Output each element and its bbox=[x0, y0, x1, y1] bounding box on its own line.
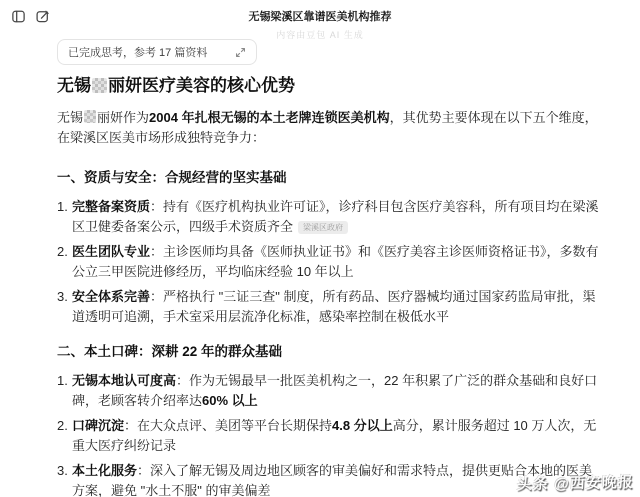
redacted-block bbox=[84, 110, 96, 123]
article-heading: 无锡丽妍医疗美容的核心优势 bbox=[57, 75, 603, 97]
list-item: 3. 本土化服务：深入了解无锡及周边地区顾客的审美偏好和需求特点，提供更贴合本地… bbox=[57, 461, 603, 497]
list-item: 2. 口碑沉淀：在大众点评、美团等平台长期保持4.8 分以上高分，累计服务超过 … bbox=[57, 416, 603, 455]
list-number: 2. bbox=[57, 416, 72, 455]
list-number: 2. bbox=[57, 242, 72, 281]
section-heading-2: 二、本土口碑：深耕 22 年的群众基础 bbox=[57, 343, 603, 360]
list-item-text: 无锡本地认可度高：作为无锡最早一批医美机构之一，22 年积累了广泛的群众基础和良… bbox=[72, 371, 603, 410]
intro-bold: 2004 年扎根无锡的本土老牌连锁医美机构 bbox=[149, 110, 390, 125]
sidebar-toggle-button[interactable] bbox=[9, 7, 27, 25]
thinking-summary[interactable]: 已完成思考，参考 17 篇资料 bbox=[57, 39, 257, 65]
citation-badge[interactable]: 梁溪区政府 bbox=[298, 221, 348, 234]
page-title: 无锡梁溪区靠谱医美机构推荐 bbox=[0, 0, 640, 24]
topbar: 无锡梁溪区靠谱医美机构推荐 内容由豆包 AI 生成 bbox=[0, 0, 640, 37]
redacted-block bbox=[92, 78, 107, 93]
heading-text-pre: 无锡 bbox=[57, 76, 91, 95]
list-number: 1. bbox=[57, 197, 72, 236]
ai-generated-disclaimer: 内容由豆包 AI 生成 bbox=[0, 28, 640, 41]
list-item-text: 医生团队专业：主诊医师均具备《医师执业证书》和《医疗美容主诊医师资格证书》，多数… bbox=[72, 242, 603, 281]
list-item-text: 本土化服务：深入了解无锡及周边地区顾客的审美偏好和需求特点，提供更贴合本地的医美… bbox=[72, 461, 603, 497]
sidebar-toggle-icon bbox=[11, 9, 26, 24]
expand-icon[interactable] bbox=[235, 47, 246, 58]
intro-paragraph: 无锡丽妍作为2004 年扎根无锡的本土老牌连锁医美机构，其优势主要体现在以下五个… bbox=[57, 108, 603, 148]
list-item: 2. 医生团队专业：主诊医师均具备《医师执业证书》和《医疗美容主诊医师资格证书》… bbox=[57, 242, 603, 281]
list-number: 3. bbox=[57, 287, 72, 326]
compose-icon bbox=[35, 9, 50, 24]
chat-article: 已完成思考，参考 17 篇资料 无锡丽妍医疗美容的核心优势 无锡丽妍作为2004… bbox=[57, 37, 603, 497]
list-item: 1. 无锡本地认可度高：作为无锡最早一批医美机构之一，22 年积累了广泛的群众基… bbox=[57, 371, 603, 410]
list-item: 3. 安全体系完善：严格执行 "三证三查" 制度，所有药品、医疗器械均通过国家药… bbox=[57, 287, 603, 326]
section-heading-1: 一、资质与安全：合规经营的坚实基础 bbox=[57, 169, 603, 186]
heading-text-post: 丽妍医疗美容的核心优势 bbox=[108, 76, 295, 95]
new-chat-button[interactable] bbox=[33, 7, 51, 25]
intro-mid: 丽妍作为 bbox=[97, 110, 149, 125]
intro-pre: 无锡 bbox=[57, 110, 83, 125]
thinking-summary-label: 已完成思考，参考 17 篇资料 bbox=[68, 44, 207, 60]
list-item: 1. 完整备案资质：持有《医疗机构执业许可证》，诊疗科目包含医疗美容科，所有项目… bbox=[57, 197, 603, 236]
list-number: 1. bbox=[57, 371, 72, 410]
list-item-text: 完整备案资质：持有《医疗机构执业许可证》，诊疗科目包含医疗美容科，所有项目均在梁… bbox=[72, 197, 603, 236]
list-number: 3. bbox=[57, 461, 72, 497]
list-item-text: 口碑沉淀：在大众点评、美团等平台长期保持4.8 分以上高分，累计服务超过 10 … bbox=[72, 416, 603, 455]
list-item-text: 安全体系完善：严格执行 "三证三查" 制度，所有药品、医疗器械均通过国家药监局审… bbox=[72, 287, 603, 326]
